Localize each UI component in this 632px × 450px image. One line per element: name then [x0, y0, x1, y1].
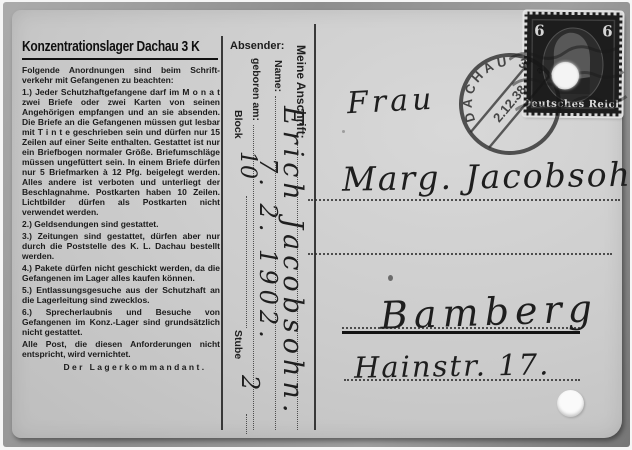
punch-hole-bottom	[557, 390, 584, 417]
sender-form-rotated: Meine Anschrift: Name: geboren am: Block…	[222, 30, 314, 435]
ink-speck	[388, 275, 393, 281]
stube-dotted-leader	[246, 414, 247, 434]
regulations-closing: Alle Post, die diesen Anforderungen nich…	[22, 339, 220, 359]
born-label: geboren am:	[250, 58, 262, 121]
commandant-signature: Der Lagerkommandant.	[22, 362, 220, 372]
rule-5: 5.) Entlassungsgesuche aus der Schutzhaf…	[22, 285, 220, 305]
camp-title: Konzentrationslager Dachau 3 K	[22, 38, 180, 55]
paper-speck	[342, 130, 345, 133]
rule-4: 4.) Pakete dürfen nicht geschickt werden…	[22, 263, 220, 283]
handwritten-birthdate: 7. 2. 1902.	[254, 158, 282, 343]
regulations-column: Konzentrationslager Dachau 3 K Folgende …	[22, 38, 220, 374]
handwritten-stube-number: 2	[236, 375, 264, 390]
wave-line-1	[509, 42, 621, 64]
rule-6: 6.) Sprecherlaubnis und Besuche von Gefa…	[22, 307, 220, 337]
handwritten-block-number: 10	[235, 151, 260, 179]
block-dotted-leader	[246, 196, 247, 328]
rule-1: 1.) Jeder Schutzhaftgefangene darf im M …	[22, 87, 220, 217]
title-underline	[22, 58, 218, 60]
punch-hole-top	[552, 62, 579, 89]
handwritten-salutation: Frau	[346, 82, 436, 122]
rule-2: 2.) Geldsendungen sind gestattet.	[22, 219, 220, 229]
regulations-intro: Folgende Anordnungen sind beim Schrift-v…	[22, 65, 220, 85]
rule-3: 3.) Zeitungen sind gestattet, dürfen abe…	[22, 231, 220, 261]
stube-label: Stube	[232, 330, 244, 359]
wave-line-3	[515, 92, 627, 114]
postcard: Konzentrationslager Dachau 3 K Folgende …	[12, 10, 622, 438]
handwritten-street: Hainstr. 17.	[354, 347, 551, 384]
address-dotted-line-1	[308, 199, 620, 201]
stamp-denomination-left: 6	[534, 22, 545, 40]
block-label: Block	[232, 110, 244, 139]
handwritten-city: Bamberg	[379, 286, 598, 338]
name-label: Name:	[272, 60, 284, 92]
right-divider-line	[314, 24, 316, 430]
address-dotted-line-2	[308, 253, 612, 255]
